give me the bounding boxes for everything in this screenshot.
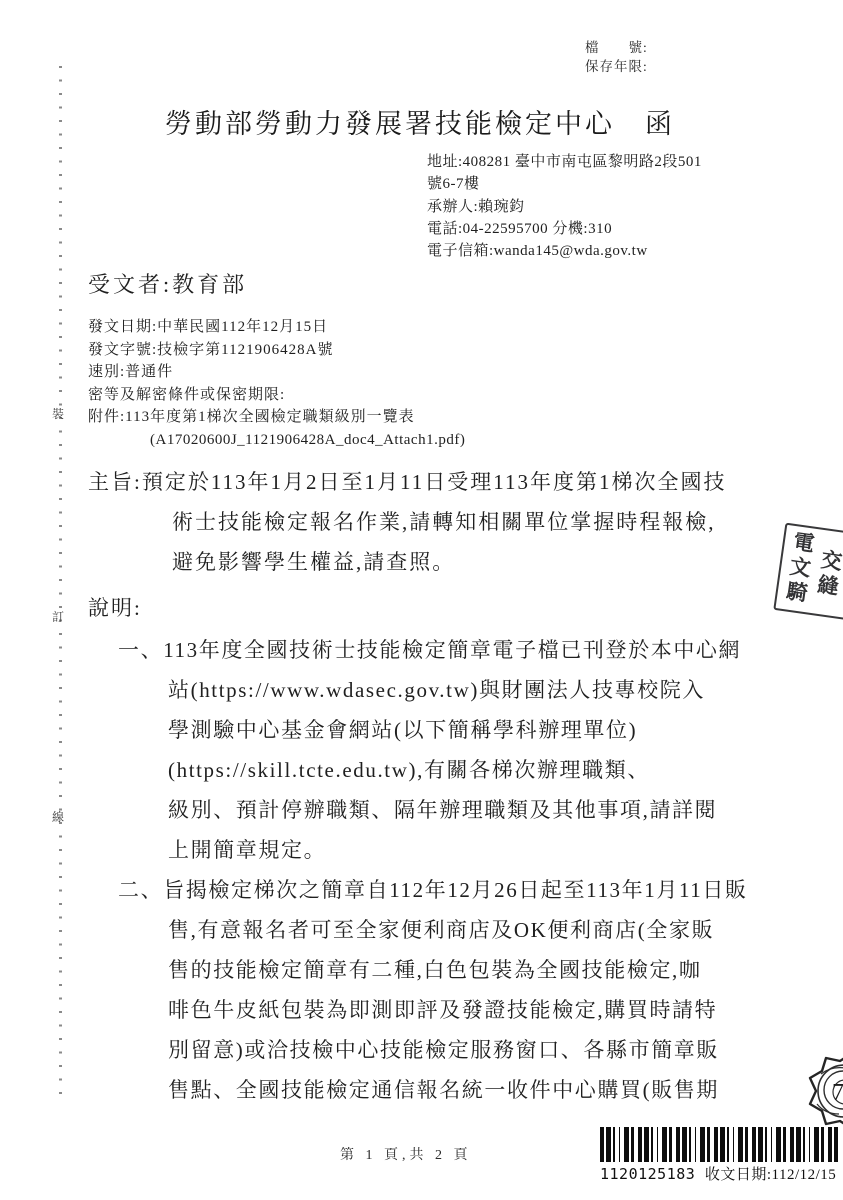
exchange-stamp-text-right: 交縫: [812, 548, 843, 613]
item2-line: 二、旨揭檢定梯次之簡章自112年12月26日起至113年1月11日販: [118, 870, 748, 910]
issue-date: 發文日期:中華民國112年12月15日: [88, 316, 465, 339]
file-retention-block: 檔 號: 保存年限:: [585, 38, 648, 76]
explanation-item-1: 一、113年度全國技術士技能檢定簡章電子檔已刊登於本中心網 站(https://…: [118, 630, 741, 870]
seal-graphic: 7: [781, 1044, 843, 1138]
binding-mark-ding: 訂: [50, 608, 66, 625]
document-meta-block: 發文日期:中華民國112年12月15日 發文字號:技檢字第1121906428A…: [88, 316, 465, 452]
binding-dotted-line: [59, 66, 62, 1100]
sender-contact-person: 承辦人:賴琬鈞: [427, 196, 702, 218]
embossed-seal: 7: [781, 1044, 843, 1138]
received-barcode: [600, 1127, 838, 1162]
document-title: 勞動部勞動力發展署技能檢定中心 函: [120, 102, 720, 141]
recipient-line: 受文者:教育部: [88, 268, 247, 299]
exchange-stamp-text-left: 電文騎: [782, 530, 816, 609]
page-number-info: 第 1 頁,共 2 頁: [340, 1144, 472, 1164]
speed-class: 速別:普通件: [88, 361, 465, 384]
attachment-line: 附件:113年度第1梯次全國檢定職類級別一覽表: [88, 406, 465, 429]
item1-line: (https://skill.tcte.edu.tw),有關各梯次辦理職類、: [118, 750, 741, 790]
official-letter-page: 檔 號: 保存年限: 勞動部勞動力發展署技能檢定中心 函 地址:408281 臺…: [0, 0, 843, 1200]
sender-address-line2: 號6-7樓: [427, 173, 702, 195]
sender-address-line1: 地址:408281 臺中市南屯區黎明路2段501: [427, 151, 702, 173]
sender-info-block: 地址:408281 臺中市南屯區黎明路2段501 號6-7樓 承辦人:賴琬鈞 電…: [427, 151, 702, 262]
retention-label: 保存年限:: [585, 57, 648, 76]
item2-line: 別留意)或洽技檢中心技能檢定服務窗口、各縣市簡章販: [118, 1030, 748, 1070]
item1-line: 級別、預計停辦職類、隔年辦理職類及其他事項,請詳閱: [118, 790, 741, 830]
item2-line: 售,有意報名者可至全家便利商店及OK便利商店(全家販: [118, 910, 748, 950]
sender-email: 電子信箱:wanda145@wda.gov.tw: [427, 240, 702, 262]
received-date: 收文日期:112/12/15: [705, 1167, 836, 1183]
item2-line: 售點、全國技能檢定通信報名統一收件中心購買(販售期: [118, 1070, 748, 1110]
doc-number: 發文字號:技檢字第1121906428A號: [88, 339, 465, 362]
subject-line: 術士技能檢定報名作業,請轉知相關單位掌握時程報檢,: [88, 502, 727, 542]
seal-number: 7: [832, 1080, 843, 1106]
attachment-filename: (A17020600J_1121906428A_doc4_Attach1.pdf…: [88, 429, 465, 452]
file-no-label: 檔 號:: [585, 38, 648, 57]
item1-line: 學測驗中心基金會網站(以下簡稱學科辦理單位): [118, 710, 741, 750]
item2-line: 售的技能檢定簡章有二種,白色包裝為全國技能檢定,咖: [118, 950, 748, 990]
secrecy-line: 密等及解密條件或保密期限:: [88, 384, 465, 407]
item1-line: 一、113年度全國技術士技能檢定簡章電子檔已刊登於本中心網: [118, 630, 741, 670]
electronic-exchange-stamp: 電文騎 交縫: [773, 523, 843, 622]
sender-phone: 電話:04-22595700 分機:310: [427, 218, 702, 240]
explanation-heading: 說明:: [88, 592, 142, 622]
subject-line: 主旨:預定於113年1月2日至1月11日受理113年度第1梯次全國技: [88, 462, 727, 502]
binding-mark-zhuang: 裝: [50, 405, 66, 422]
subject-line: 避免影響學生權益,請查照。: [88, 542, 727, 582]
subject-paragraph: 主旨:預定於113年1月2日至1月11日受理113年度第1梯次全國技 術士技能檢…: [88, 462, 727, 582]
received-stamp-line: 1120125183 收文日期:112/12/15: [600, 1163, 836, 1184]
item1-line: 站(https://www.wdasec.gov.tw)與財團法人技專校院入: [118, 670, 741, 710]
received-number: 1120125183: [600, 1165, 695, 1183]
explanation-item-2: 二、旨揭檢定梯次之簡章自112年12月26日起至113年1月11日販 售,有意報…: [118, 870, 748, 1110]
binding-mark-xian: 線: [50, 808, 66, 825]
item2-line: 啡色牛皮紙包裝為即測即評及發證技能檢定,購買時請特: [118, 990, 748, 1030]
item1-line: 上開簡章規定。: [118, 830, 741, 870]
